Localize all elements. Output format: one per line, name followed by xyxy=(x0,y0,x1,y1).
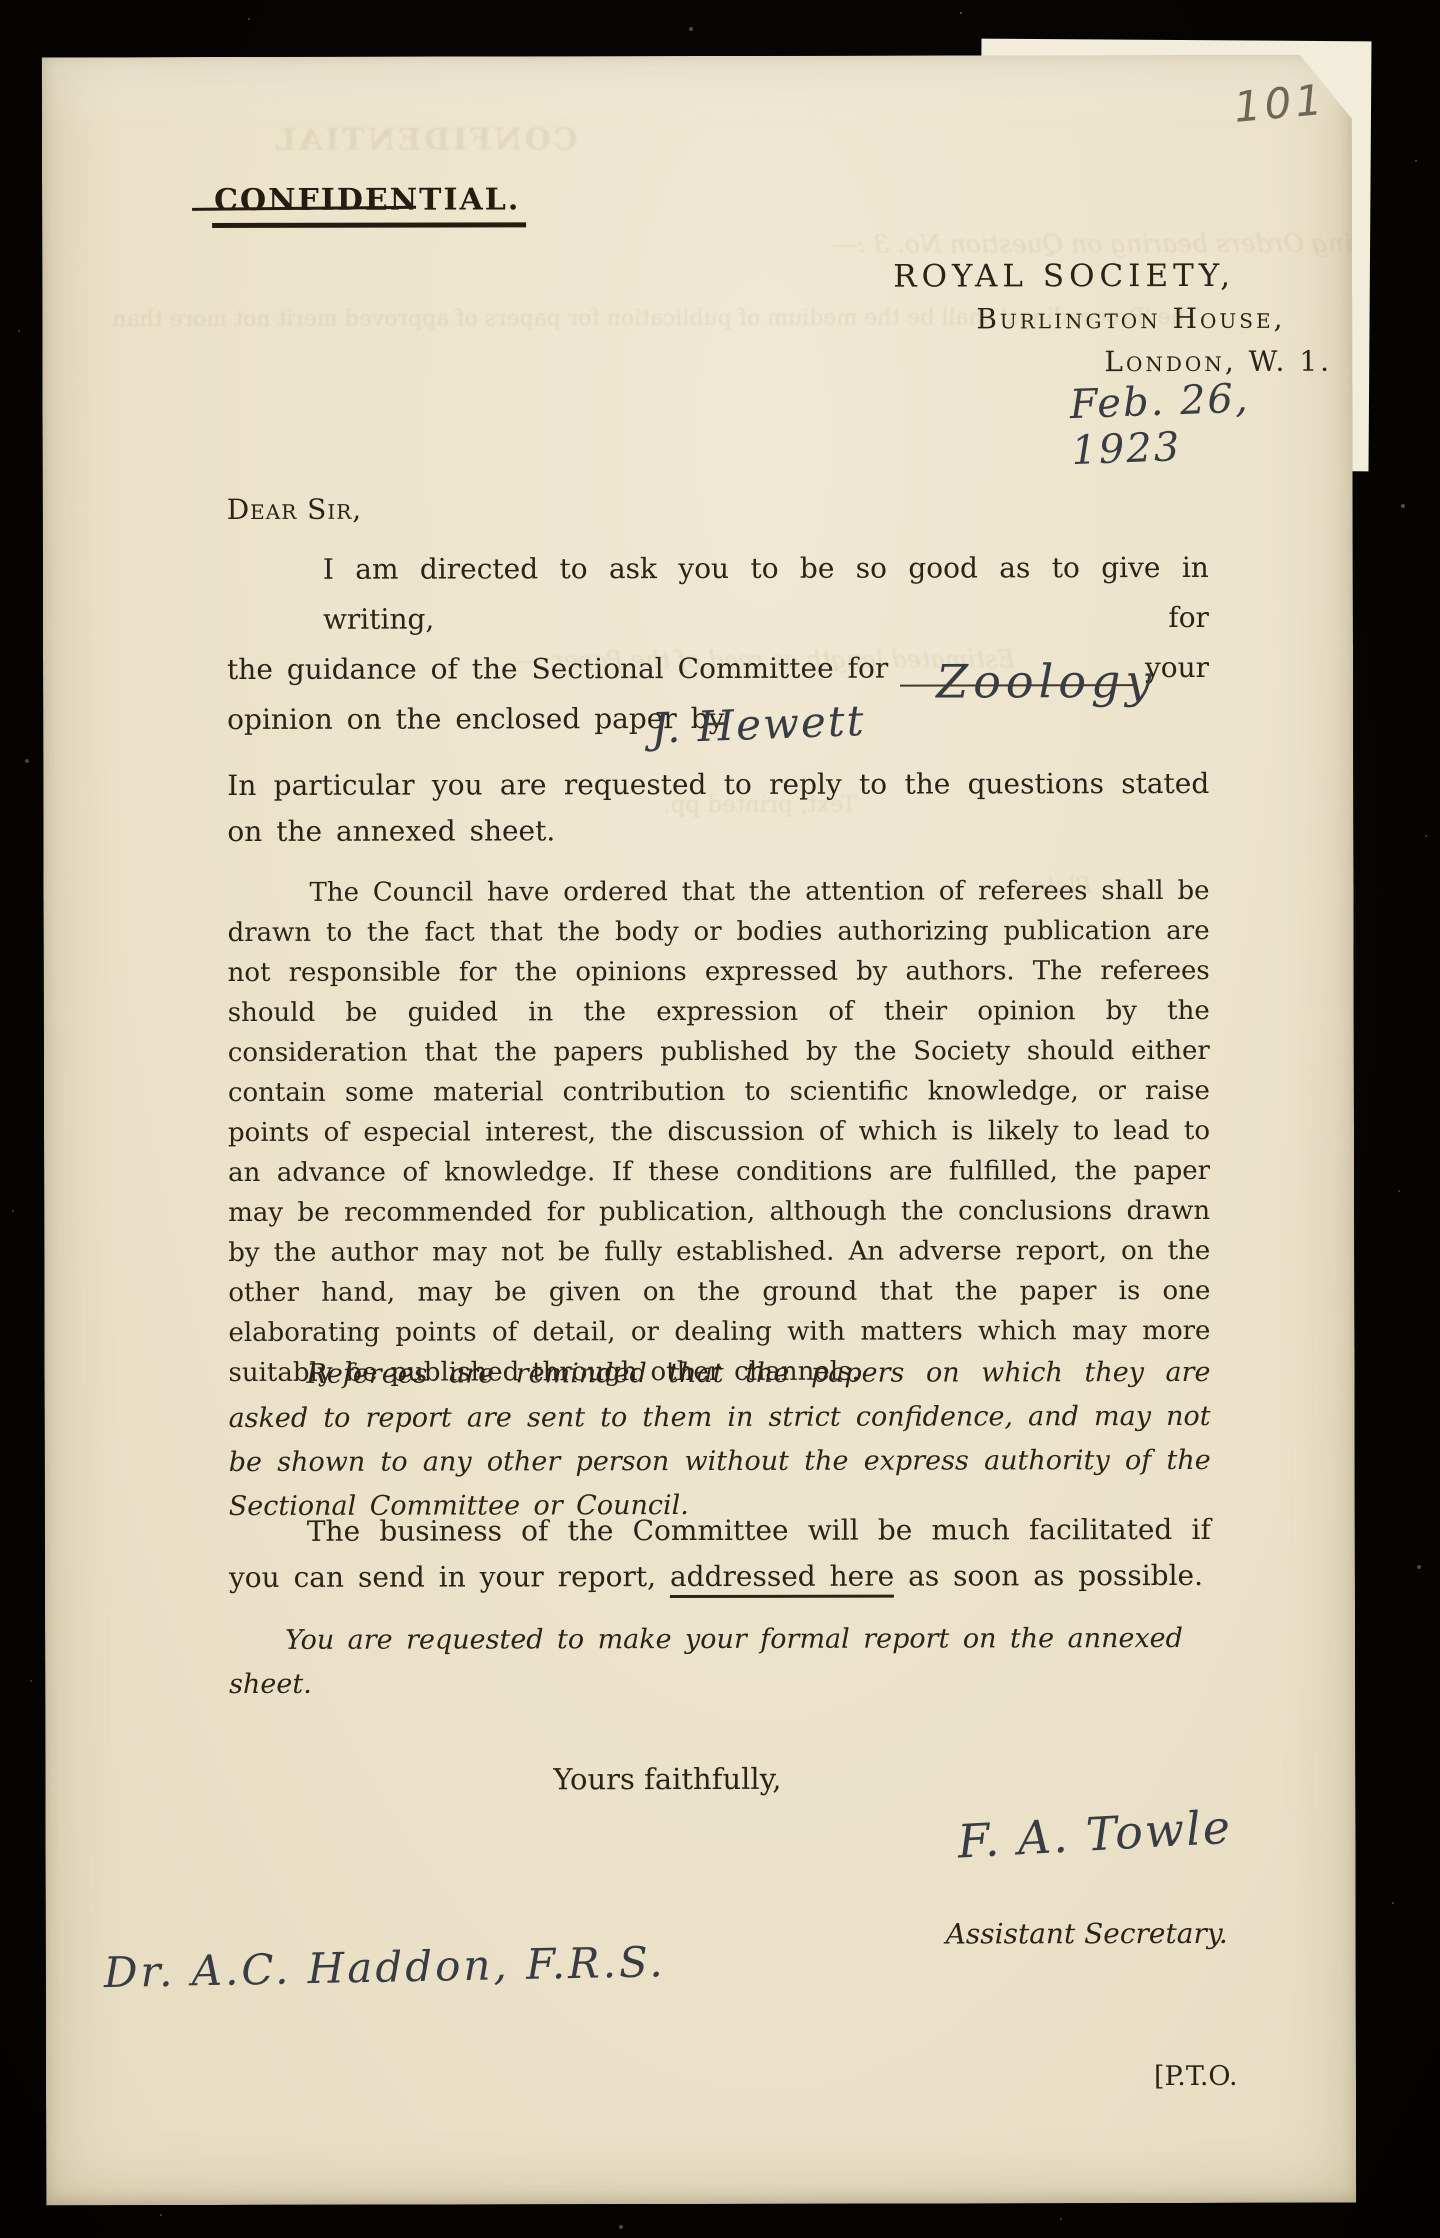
signature: F. A. Towle xyxy=(956,1800,1233,1869)
confidence-note-paragraph: Referees are reminded that the papers on… xyxy=(228,1351,1210,1529)
formal-report-note: You are requested to make your formal re… xyxy=(229,1617,1211,1707)
dust-specks xyxy=(0,0,2,2)
page-number: 101 xyxy=(1232,75,1328,132)
council-paragraph: The Council have ordered that the attent… xyxy=(227,871,1210,1393)
bleedthrough-text: CONFIDENTIAL xyxy=(272,122,578,158)
letter-page: CONFIDENTIAL Standing Orders bearing on … xyxy=(42,55,1356,2206)
letterhead-address1: Burlington House, xyxy=(976,302,1285,336)
confidential-label: CONFIDENTIAL. xyxy=(212,182,526,228)
handwritten-date: Feb. 26, 1923 xyxy=(1069,372,1354,474)
signer-title: Assistant Secretary. xyxy=(946,1917,1228,1951)
handwritten-committee-name: Zoology xyxy=(936,656,1156,706)
salutation: Dear Sir, xyxy=(227,493,363,526)
intro-line2: the guidance of the Sectional Committee … xyxy=(227,643,1209,695)
handwritten-addressee: Dr. A.C. Haddon, F.R.S. xyxy=(103,1937,666,1997)
business-after: as soon as possible. xyxy=(894,1559,1203,1593)
intro-line2-before: the guidance of the Sectional Committee … xyxy=(227,644,888,695)
bleedthrough-text: Standing Orders bearing on Question No. … xyxy=(832,228,1426,258)
committee-blank-line: Zoology xyxy=(900,676,1135,686)
intro-line1: I am directed to ask you to be so good a… xyxy=(227,543,1209,645)
reply-request-paragraph: In particular you are requested to reply… xyxy=(227,761,1209,855)
pto-label: [P.T.O. xyxy=(1154,2061,1238,2092)
handwritten-author-name: J. Hewett xyxy=(650,696,866,753)
scan-background: CONFIDENTIAL Standing Orders bearing on … xyxy=(0,0,1440,2238)
letterhead-org: ROYAL SOCIETY, xyxy=(893,258,1235,295)
business-paragraph: The business of the Committee will be mu… xyxy=(229,1507,1211,1601)
addressed-here-underlined: addressed here xyxy=(670,1560,894,1598)
valediction: Yours faithfully, xyxy=(553,1762,781,1796)
